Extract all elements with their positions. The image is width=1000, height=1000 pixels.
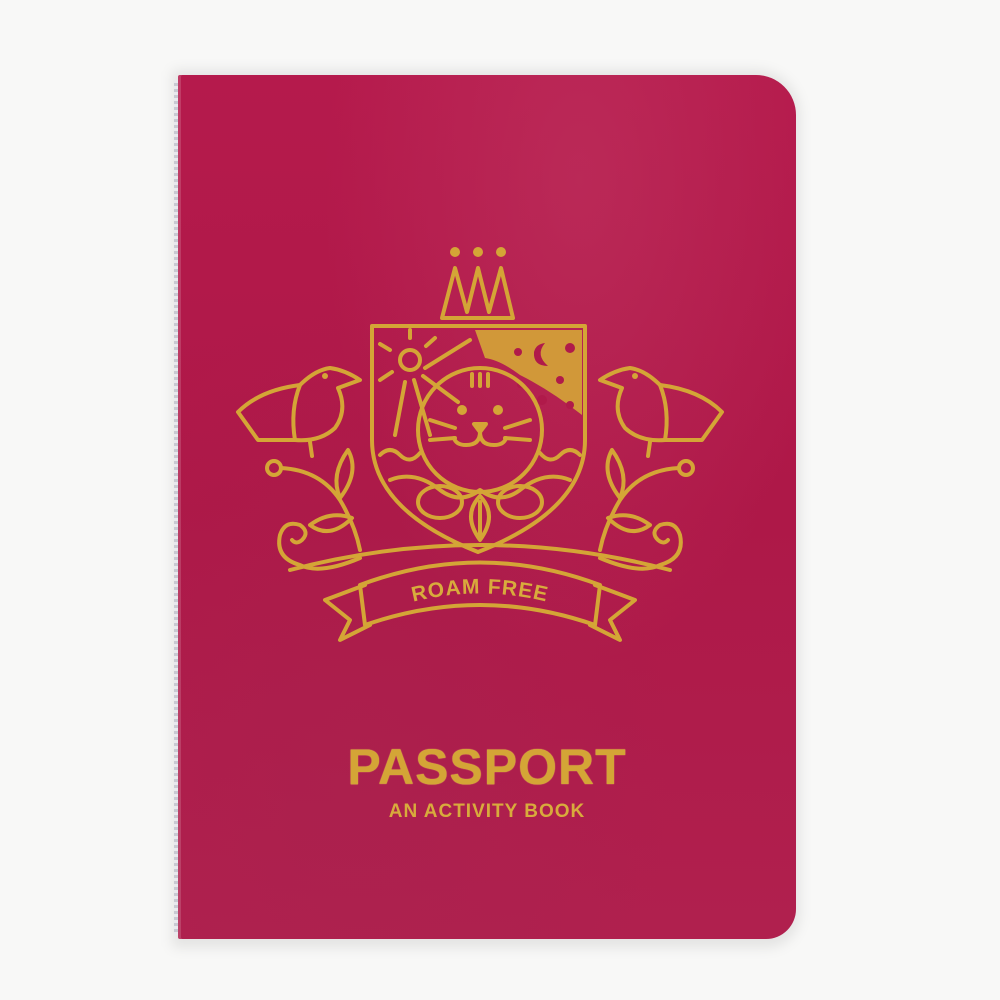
right-bird-icon — [600, 368, 722, 569]
shield-bottom-pattern — [380, 450, 580, 540]
cover-subtitle: AN ACTIVITY BOOK — [178, 801, 796, 823]
motto-text: ROAM FREE — [409, 575, 550, 606]
ribbon-banner: ROAM FREE — [290, 545, 670, 640]
coat-of-arms-emblem: ROAM FREE — [230, 240, 730, 650]
crown-icon — [442, 247, 513, 318]
left-bird-icon — [238, 368, 360, 569]
cat-face-icon — [418, 368, 542, 492]
cover-title: PASSPORT — [178, 738, 796, 796]
